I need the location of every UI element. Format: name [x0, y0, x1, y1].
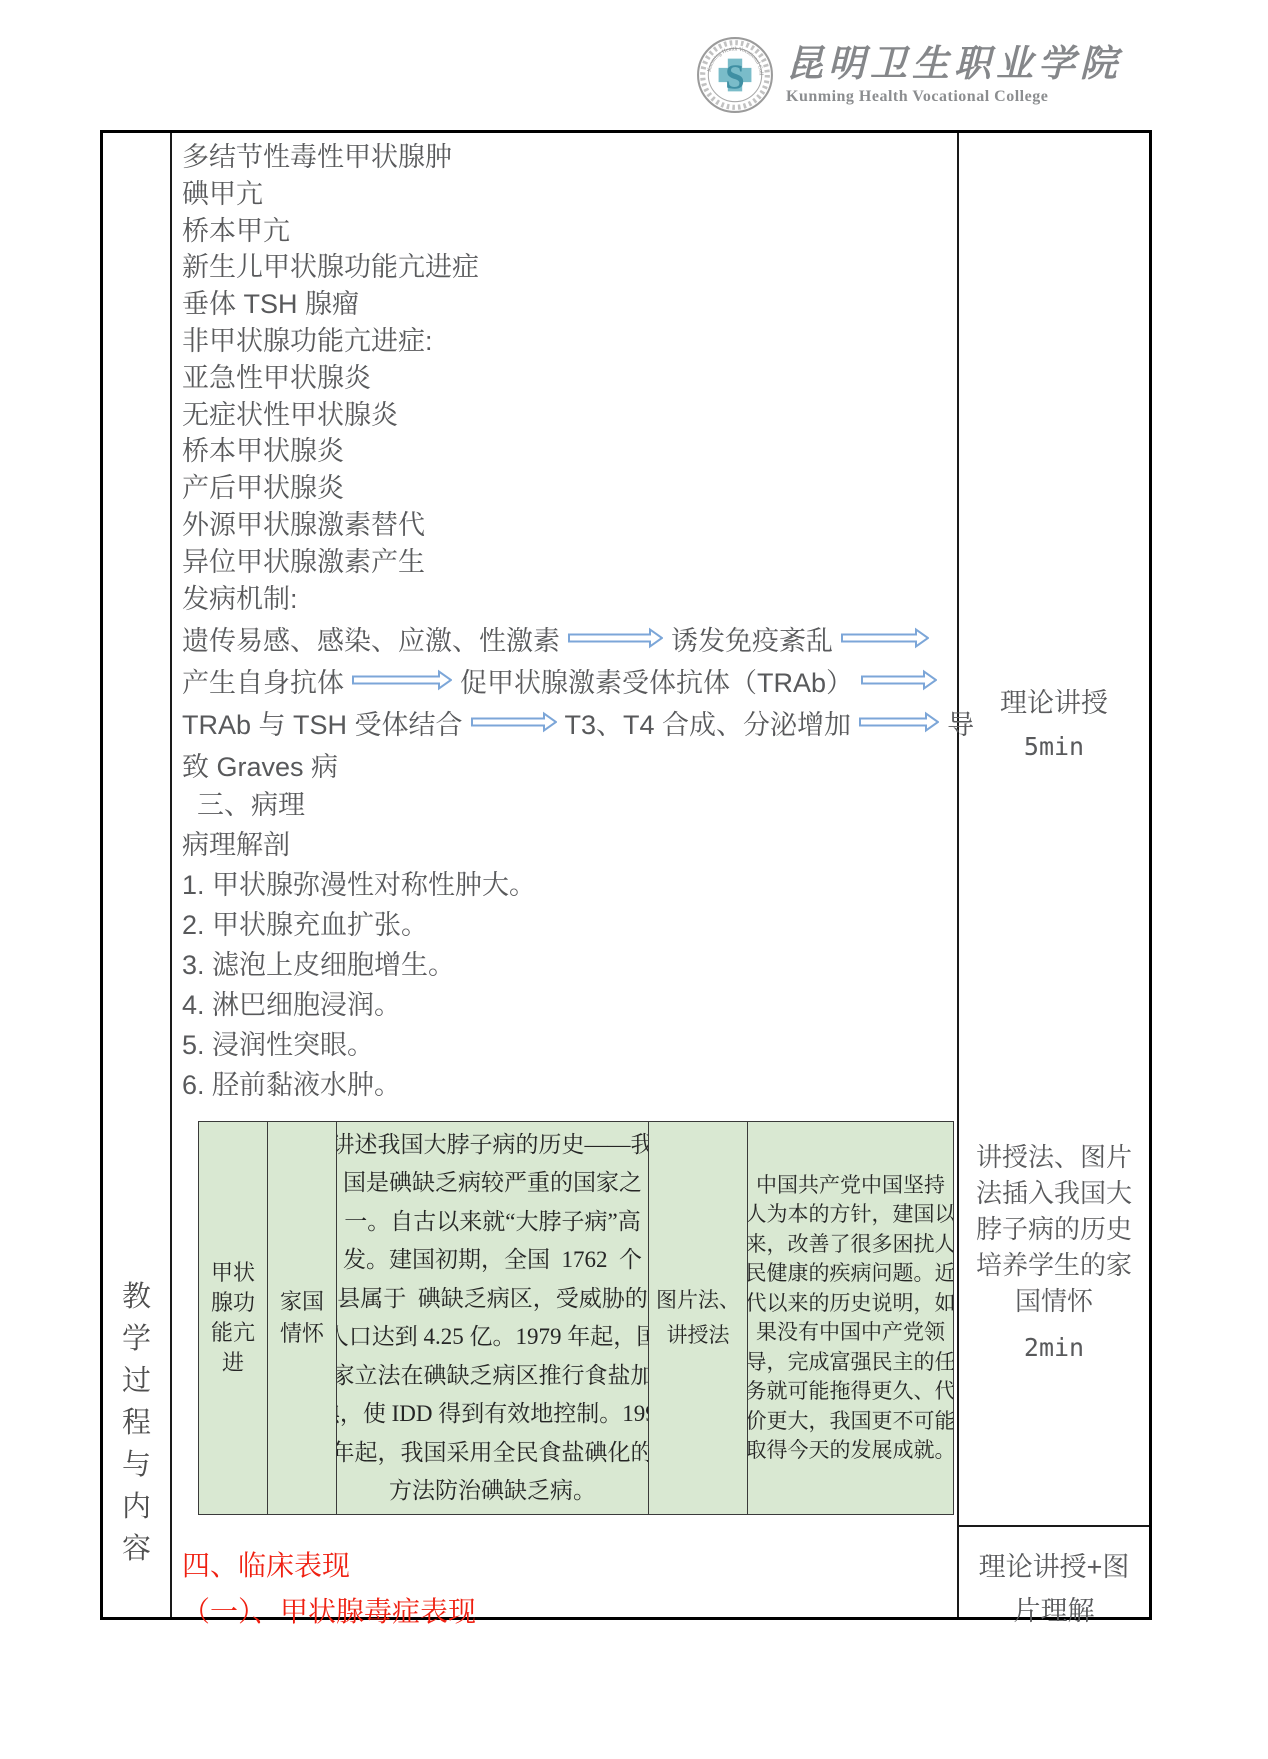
text-line: 家国 [280, 1286, 324, 1318]
flow-text: 促甲状腺激素受体抗体（TRAb） [460, 661, 853, 700]
text-line: 非甲状腺功能亢进症: [182, 323, 955, 360]
text-line: 民健康的疾病问题。近 [748, 1259, 953, 1289]
text-line: 讲授法 [667, 1318, 730, 1353]
text-line: （一）、甲状腺毒症表现 [182, 1589, 955, 1635]
flow-text: 致 Graves 病 [182, 745, 338, 784]
flow-arrow-icon [568, 626, 663, 650]
text-line: 病理解剖 [182, 825, 955, 865]
college-name-en: Kunming Health Vocational College [786, 88, 1122, 106]
text-line: 县属于 碘缺乏病区，受威胁的 [337, 1280, 648, 1319]
method-block-theory-picture: 理论讲授+图片理解 [959, 1545, 1149, 1633]
cell-topic: 甲状腺功能亢进 [199, 1122, 268, 1514]
text-line: 人为本的方针，建国以 [748, 1200, 953, 1230]
flow-arrow-icon [861, 668, 937, 692]
text-line: 法插入我国大 [959, 1175, 1149, 1211]
text-line: 腺功 [211, 1288, 255, 1318]
ideology-inner-table: 甲状腺功能亢进 家国情怀 讲述我国大脖子病的历史——我国是碘缺乏病较严重的国家之… [198, 1121, 954, 1515]
row-divider [959, 1525, 1149, 1527]
text-line: 图片法、 [656, 1283, 740, 1318]
flow-line: TRAb 与 TSH 受体结合T3、T4 合成、分泌增加导 [182, 701, 955, 743]
text-line: 多结节性毒性甲状腺肿 [182, 139, 955, 176]
flow-text: 产生自身抗体 [182, 661, 344, 700]
svg-text:S: S [725, 57, 744, 96]
text-line: 碘，使 IDD 得到有效地控制。1996 [337, 1395, 649, 1434]
vertical-label-char: 过 [122, 1367, 151, 1396]
flow-text: T3、T4 合成、分泌增加 [565, 703, 852, 742]
cell-method: 图片法、讲授法 [649, 1122, 748, 1514]
flow-arrow-icon [352, 668, 452, 692]
text-line: 片理解 [959, 1589, 1149, 1633]
method-block-theory: 理论讲授 5min [959, 681, 1149, 769]
text-line: 5. 浸润性突眼。 [182, 1025, 955, 1065]
text-line: 一。自古以来就“大脖子病”高 [344, 1203, 640, 1242]
flow-line: 产生自身抗体促甲状腺激素受体抗体（TRAb） [182, 659, 955, 701]
flow-line: 遗传易感、感染、应激、性激素诱发免疫紊乱 [182, 617, 955, 659]
text-line: 4. 淋巴细胞浸润。 [182, 985, 955, 1025]
text-line: 甲状 [211, 1258, 255, 1288]
text-line: 无症状性甲状腺炎 [182, 397, 955, 434]
vertical-label-char: 容 [122, 1535, 151, 1564]
method-block-ideology: 讲授法、图片法插入我国大脖子病的历史培养学生的家国情怀 2min [959, 1139, 1149, 1362]
text-line: 导，完成富强民主的任 [748, 1348, 953, 1378]
text-line: 讲授法、图片 [959, 1139, 1149, 1175]
text-line: 讲述我国大脖子病的历史——我 [337, 1126, 649, 1165]
vertical-label-char: 内 [122, 1493, 151, 1522]
text-line: 外源甲状腺激素替代 [182, 507, 955, 544]
teaching-process-vertical-label: 教学过程与内容 [103, 1283, 170, 1564]
text-line: 亚急性甲状腺炎 [182, 360, 955, 397]
vertical-label-char: 教 [122, 1283, 151, 1312]
pathology-list: 三、病理病理解剖1. 甲状腺弥漫性对称性肿大。2. 甲状腺充血扩张。3. 滤泡上… [182, 785, 955, 1105]
text-line: 异位甲状腺激素产生 [182, 544, 955, 581]
column-section-label: 教学过程与内容 [103, 133, 172, 1617]
text-line: 1. 甲状腺弥漫性对称性肿大。 [182, 865, 955, 905]
clinical-manifestation-heading: 四、临床表现（一）、甲状腺毒症表现 [182, 1543, 955, 1635]
text-line: 进 [222, 1348, 244, 1378]
cell-history-content: 讲述我国大脖子病的历史——我国是碘缺乏病较严重的国家之一。自古以来就“大脖子病”… [337, 1122, 649, 1514]
text-line: 务就可能拖得更久、代 [748, 1377, 953, 1407]
text-line: 3. 滤泡上皮细胞增生。 [182, 945, 955, 985]
text-line: 2. 甲状腺充血扩张。 [182, 905, 955, 945]
college-name-zh: 昆明卫生职业学院 [786, 44, 1122, 87]
text-line: 培养学生的家 [959, 1247, 1149, 1283]
flow-arrow-icon [859, 710, 939, 734]
text-line: 产后甲状腺炎 [182, 470, 955, 507]
cell-ideology-text: 中国共产党中国坚持人为本的方针，建国以来，改善了很多困扰人民健康的疾病问题。近代… [748, 1122, 953, 1514]
text-line: 四、临床表现 [182, 1543, 955, 1589]
text-line: 方法防治碘缺乏病。 [389, 1472, 596, 1511]
method-text: 讲授法、图片法插入我国大脖子病的历史培养学生的家国情怀 [959, 1139, 1149, 1319]
cell-value: 家国情怀 [268, 1122, 337, 1514]
text-line: 桥本甲状腺炎 [182, 433, 955, 470]
duration-label: 5min [959, 725, 1149, 769]
text-line: 来，改善了很多困扰人 [748, 1230, 953, 1260]
text-line: 碘甲亢 [182, 176, 955, 213]
vertical-label-char: 与 [122, 1451, 151, 1480]
text-line: 国是碘缺乏病较严重的国家之 [343, 1164, 642, 1203]
flow-text: 诱发免疫紊乱 [671, 619, 833, 658]
duration-label: 2min [959, 1333, 1149, 1362]
hyperthyroid-causes-list: 多结节性毒性甲状腺肿碘甲亢桥本甲亢新生儿甲状腺功能亢进症垂体 TSH 腺瘤非甲状… [182, 139, 955, 617]
college-header: Kunming Health Vocational College S 昆明卫生… [696, 36, 1122, 114]
text-line: 情怀 [280, 1318, 324, 1350]
pathogenesis-flow: 遗传易感、感染、应激、性激素诱发免疫紊乱产生自身抗体促甲状腺激素受体抗体（TRA… [182, 617, 955, 785]
college-name-block: 昆明卫生职业学院 Kunming Health Vocational Colle… [786, 44, 1122, 107]
text-line: 桥本甲亢 [182, 213, 955, 250]
text-line: 发病机制: [182, 581, 955, 618]
text-line: 中国共产党中国坚持 [756, 1171, 945, 1201]
text-line: 代以来的历史说明，如 [748, 1289, 953, 1319]
college-seal-icon: Kunming Health Vocational College S [696, 36, 774, 114]
text-line: 价更大，我国更不可能 [748, 1407, 953, 1437]
text-line: 脖子病的历史 [959, 1211, 1149, 1247]
vertical-label-char: 学 [122, 1325, 151, 1354]
flow-text: 遗传易感、感染、应激、性激素 [182, 619, 560, 658]
lesson-plan-table: 教学过程与内容 多结节性毒性甲状腺肿碘甲亢桥本甲亢新生儿甲状腺功能亢进症垂体 T… [100, 130, 1152, 1620]
document-page: Kunming Health Vocational College S 昆明卫生… [0, 0, 1268, 1759]
text-line: 果没有中国中产党领 [756, 1318, 945, 1348]
flow-text: TRAb 与 TSH 受体结合 [182, 703, 463, 742]
text-line: 家立法在碘缺乏病区推行食盐加 [337, 1357, 649, 1396]
text-line: 取得今天的发展成就。 [748, 1436, 953, 1466]
text-line: 能亢 [211, 1318, 255, 1348]
flow-arrow-icon [471, 710, 557, 734]
flow-arrow-icon [841, 626, 929, 650]
column-content: 多结节性毒性甲状腺肿碘甲亢桥本甲亢新生儿甲状腺功能亢进症垂体 TSH 腺瘤非甲状… [172, 133, 959, 1617]
text-line: 垂体 TSH 腺瘤 [182, 286, 955, 323]
text-line: 年起，我国采用全民食盐碘化的 [337, 1434, 649, 1473]
text-line: 发。建国初期，全国 1762 个 [343, 1241, 642, 1280]
text-line: 6. 胫前黏液水肿。 [182, 1065, 955, 1105]
flow-line: 致 Graves 病 [182, 743, 955, 785]
text-line: 新生儿甲状腺功能亢进症 [182, 249, 955, 286]
text-line: 人口达到 4.25 亿。1979 年起，国 [337, 1318, 649, 1357]
text-line: 理论讲授+图 [959, 1545, 1149, 1589]
text-line: 三、病理 [182, 785, 955, 825]
column-method-time: 理论讲授 5min 讲授法、图片法插入我国大脖子病的历史培养学生的家国情怀 2m… [959, 133, 1149, 1617]
method-label: 理论讲授 [959, 681, 1149, 725]
vertical-label-char: 程 [122, 1409, 151, 1438]
text-line: 国情怀 [959, 1283, 1149, 1319]
